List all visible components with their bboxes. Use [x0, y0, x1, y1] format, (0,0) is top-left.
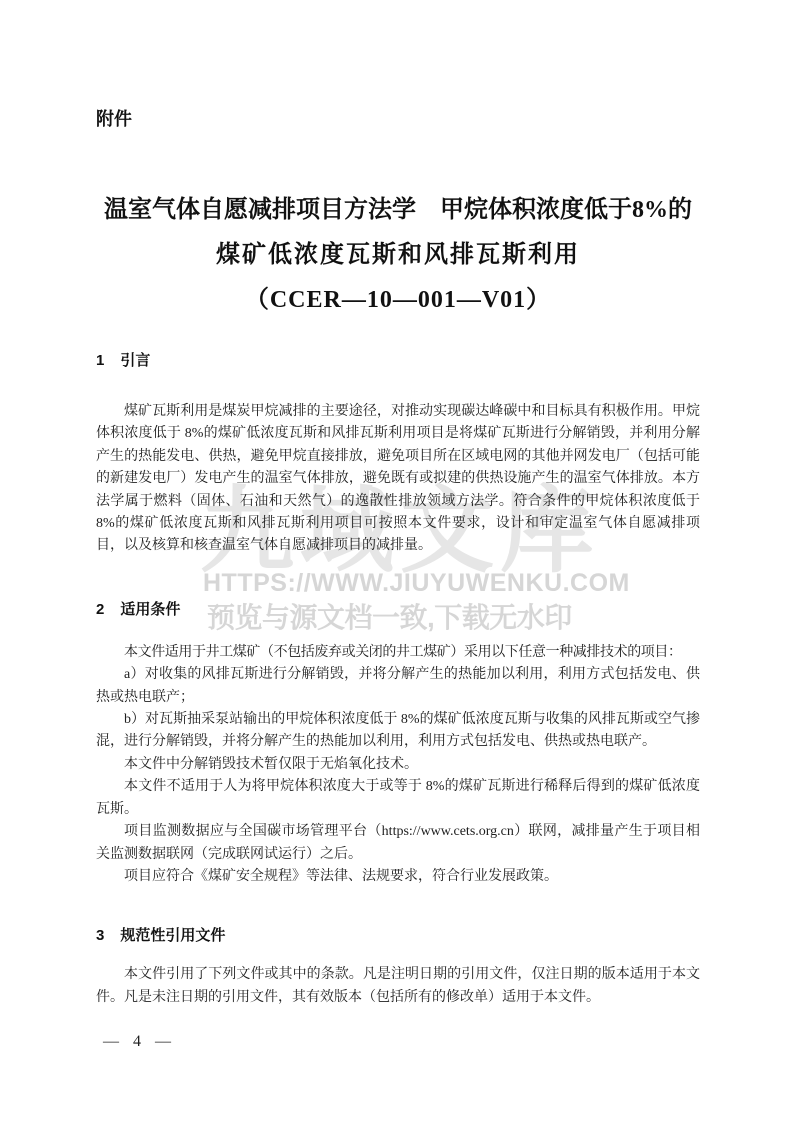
- section-2-paragraph: 本文件中分解销毁技术暂仅限于无焰氧化技术。: [96, 754, 700, 776]
- document-title: 温室气体自愿减排项目方法学 甲烷体积浓度低于8%的 煤矿低浓度瓦斯和风排瓦斯利用…: [96, 188, 700, 323]
- document-content: 附件 温室气体自愿减排项目方法学 甲烷体积浓度低于8%的 煤矿低浓度瓦斯和风排瓦…: [0, 106, 793, 1053]
- page-number: 4: [133, 1031, 141, 1053]
- document-page: 九域文库 HTTPS://WWW.JIUYUWENKU.COM 预览与源文档一致…: [0, 0, 793, 1122]
- section-3-heading: 3规范性引用文件: [96, 926, 700, 946]
- document-title-line-2: 煤矿低浓度瓦斯和风排瓦斯利用: [96, 233, 700, 278]
- section-3-title: 规范性引用文件: [120, 927, 225, 944]
- section-2-paragraph: 本文件适用于井工煤矿（不包括废弃或关闭的井工煤矿）采用以下任意一种减排技术的项目…: [96, 642, 700, 664]
- section-2-number: 2: [96, 600, 104, 620]
- section-1-number: 1: [96, 351, 104, 371]
- document-title-line-1: 温室气体自愿减排项目方法学 甲烷体积浓度低于8%的: [96, 188, 700, 233]
- section-1-title: 引言: [120, 352, 150, 369]
- section-2-title: 适用条件: [120, 601, 180, 618]
- section-3-paragraph: 本文件引用了下列文件或其中的条款。凡是注明日期的引用文件，仅注日期的版本适用于本…: [96, 964, 700, 1009]
- section-1-paragraph: 煤矿瓦斯利用是煤炭甲烷减排的主要途径，对推动实现碳达峰碳中和目标具有积极作用。甲…: [96, 401, 700, 558]
- section-2-paragraph: 项目应符合《煤矿安全规程》等法律、法规要求，符合行业发展政策。: [96, 866, 700, 888]
- page-footer: —4—: [103, 1031, 700, 1053]
- section-2-heading: 2适用条件: [96, 600, 700, 620]
- section-2-paragraph: 项目监测数据应与全国碳市场管理平台（https://www.cets.org.c…: [96, 821, 700, 866]
- section-2-item-a: a）对收集的风排瓦斯进行分解销毁，并将分解产生的热能加以利用，利用方式包括发电、…: [96, 664, 700, 709]
- section-3-number: 3: [96, 926, 104, 946]
- section-2-item-b: b）对瓦斯抽采泵站输出的甲烷体积浓度低于 8%的煤矿低浓度瓦斯与收集的风排瓦斯或…: [96, 709, 700, 754]
- footer-dash-left: —: [103, 1033, 119, 1050]
- section-1-heading: 1引言: [96, 351, 700, 371]
- section-2-paragraph: 本文件不适用于人为将甲烷体积浓度大于或等于 8%的煤矿瓦斯进行稀释后得到的煤矿低…: [96, 776, 700, 821]
- footer-dash-right: —: [155, 1033, 171, 1050]
- document-title-code: （CCER—10—001—V01）: [96, 278, 700, 323]
- attachment-label: 附件: [96, 106, 700, 132]
